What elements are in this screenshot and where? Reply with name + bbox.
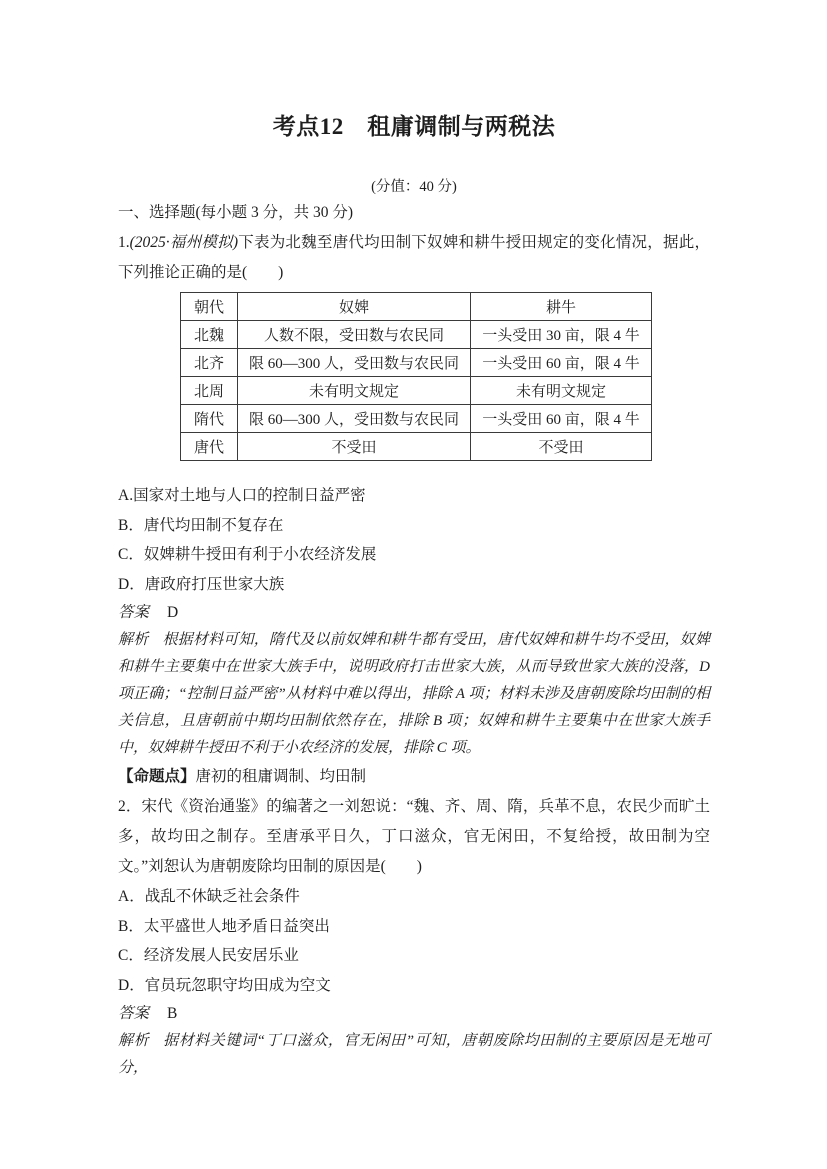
question-1-point-line: 【命题点】唐初的租庸调制、均田制 [118, 762, 710, 792]
question-2-answer-line: 答案B [118, 1000, 710, 1028]
page-title: 考点12 租庸调制与两税法 [118, 112, 710, 142]
table-cell-slaves: 不受田 [238, 433, 471, 461]
question-2-option-c: C．经济发展人民安居乐业 [118, 941, 710, 971]
answer-value: B [167, 1005, 177, 1022]
question-2-analysis: 解析据材料关键词“丁口滋众，官无闲田”可知，唐朝废除均田制的主要原因是无地可分， [118, 1028, 710, 1082]
table-cell-slaves: 限 60—300 人，受田数与农民同 [238, 405, 471, 433]
table-cell-slaves: 人数不限，受田数与农民同 [238, 321, 471, 349]
question-1-option-b: B．唐代均田制不复存在 [118, 511, 710, 541]
question-1-source: (2025·福州模拟) [130, 234, 238, 251]
question-2-option-b: B．太平盛世人地矛盾日益突出 [118, 912, 710, 942]
table-cell-dynasty: 唐代 [181, 433, 238, 461]
table-cell-oxen: 不受田 [471, 433, 652, 461]
table-cell-slaves: 限 60—300 人，受田数与农民同 [238, 349, 471, 377]
answer-label: 答案 [118, 604, 149, 621]
question-1-option-c: C．奴婢耕牛授田有利于小农经济发展 [118, 540, 710, 570]
question-1-option-a: A.国家对土地与人口的控制日益严密 [118, 481, 710, 511]
table-row: 隋代 限 60—300 人，受田数与农民同 一头受田 60 亩，限 4 牛 [181, 405, 652, 433]
question-2-option-d: D．官员玩忽职守均田成为空文 [118, 971, 710, 1001]
table-cell-oxen: 一头受田 30 亩，限 4 牛 [471, 321, 652, 349]
question-2-option-a: A．战乱不休缺乏社会条件 [118, 882, 710, 912]
table-cell-dynasty: 北魏 [181, 321, 238, 349]
table-cell-dynasty: 北周 [181, 377, 238, 405]
question-1-analysis: 解析根据材料可知，隋代及以前奴婢和耕牛都有受田，唐代奴婢和耕牛均不受田，奴婢和耕… [118, 627, 710, 762]
table-cell-oxen: 一头受田 60 亩，限 4 牛 [471, 405, 652, 433]
table-cell-dynasty: 北齐 [181, 349, 238, 377]
table-header-dynasty: 朝代 [181, 293, 238, 321]
table-header-row: 朝代 奴婢 耕牛 [181, 293, 652, 321]
table-cell-slaves: 未有明文规定 [238, 377, 471, 405]
table-cell-oxen: 一头受田 60 亩，限 4 牛 [471, 349, 652, 377]
question-2-stem: 2．宋代《资治通鉴》的编著之一刘恕说：“魏、齐、周、隋，兵革不息，农民少而旷土多… [118, 792, 710, 882]
point-label: 【命题点】 [118, 768, 196, 785]
table-row: 北魏 人数不限，受田数与农民同 一头受田 30 亩，限 4 牛 [181, 321, 652, 349]
table-header-slaves: 奴婢 [238, 293, 471, 321]
question-2-text: 宋代《资治通鉴》的编著之一刘恕说：“魏、齐、周、隋，兵革不息，农民少而旷土多，故… [118, 798, 710, 875]
section-heading: 一、选择题(每小题 3 分，共 30 分) [118, 198, 710, 228]
table-cell-oxen: 未有明文规定 [471, 377, 652, 405]
analysis-label: 解析 [118, 632, 148, 648]
question-1-option-d: D．唐政府打压世家大族 [118, 570, 710, 600]
question-2-number: 2． [118, 798, 141, 815]
analysis-text: 据材料关键词“丁口滋众，官无闲田”可知，唐朝废除均田制的主要原因是无地可分， [118, 1033, 710, 1076]
table-row: 北周 未有明文规定 未有明文规定 [181, 377, 652, 405]
answer-value: D [167, 604, 178, 621]
analysis-label: 解析 [118, 1033, 149, 1049]
document-page: 考点12 租庸调制与两税法 (分值：40 分) 一、选择题(每小题 3 分，共 … [0, 0, 827, 1169]
score-note: (分值：40 分) [118, 176, 710, 198]
question-1-number: 1. [118, 234, 130, 251]
land-grant-table: 朝代 奴婢 耕牛 北魏 人数不限，受田数与农民同 一头受田 30 亩，限 4 牛… [180, 292, 652, 461]
question-1-answer-line: 答案D [118, 599, 710, 627]
answer-label: 答案 [118, 1005, 149, 1022]
table-row: 唐代 不受田 不受田 [181, 433, 652, 461]
table-row: 北齐 限 60—300 人，受田数与农民同 一头受田 60 亩，限 4 牛 [181, 349, 652, 377]
question-1-stem: 1.(2025·福州模拟)下表为北魏至唐代均田制下奴婢和耕牛授田规定的变化情况，… [118, 228, 710, 288]
analysis-text: 根据材料可知，隋代及以前奴婢和耕牛都有受田，唐代奴婢和耕牛均不受田，奴婢和耕牛主… [118, 632, 710, 756]
table-cell-dynasty: 隋代 [181, 405, 238, 433]
table-header-oxen: 耕牛 [471, 293, 652, 321]
point-text: 唐初的租庸调制、均田制 [196, 768, 367, 785]
